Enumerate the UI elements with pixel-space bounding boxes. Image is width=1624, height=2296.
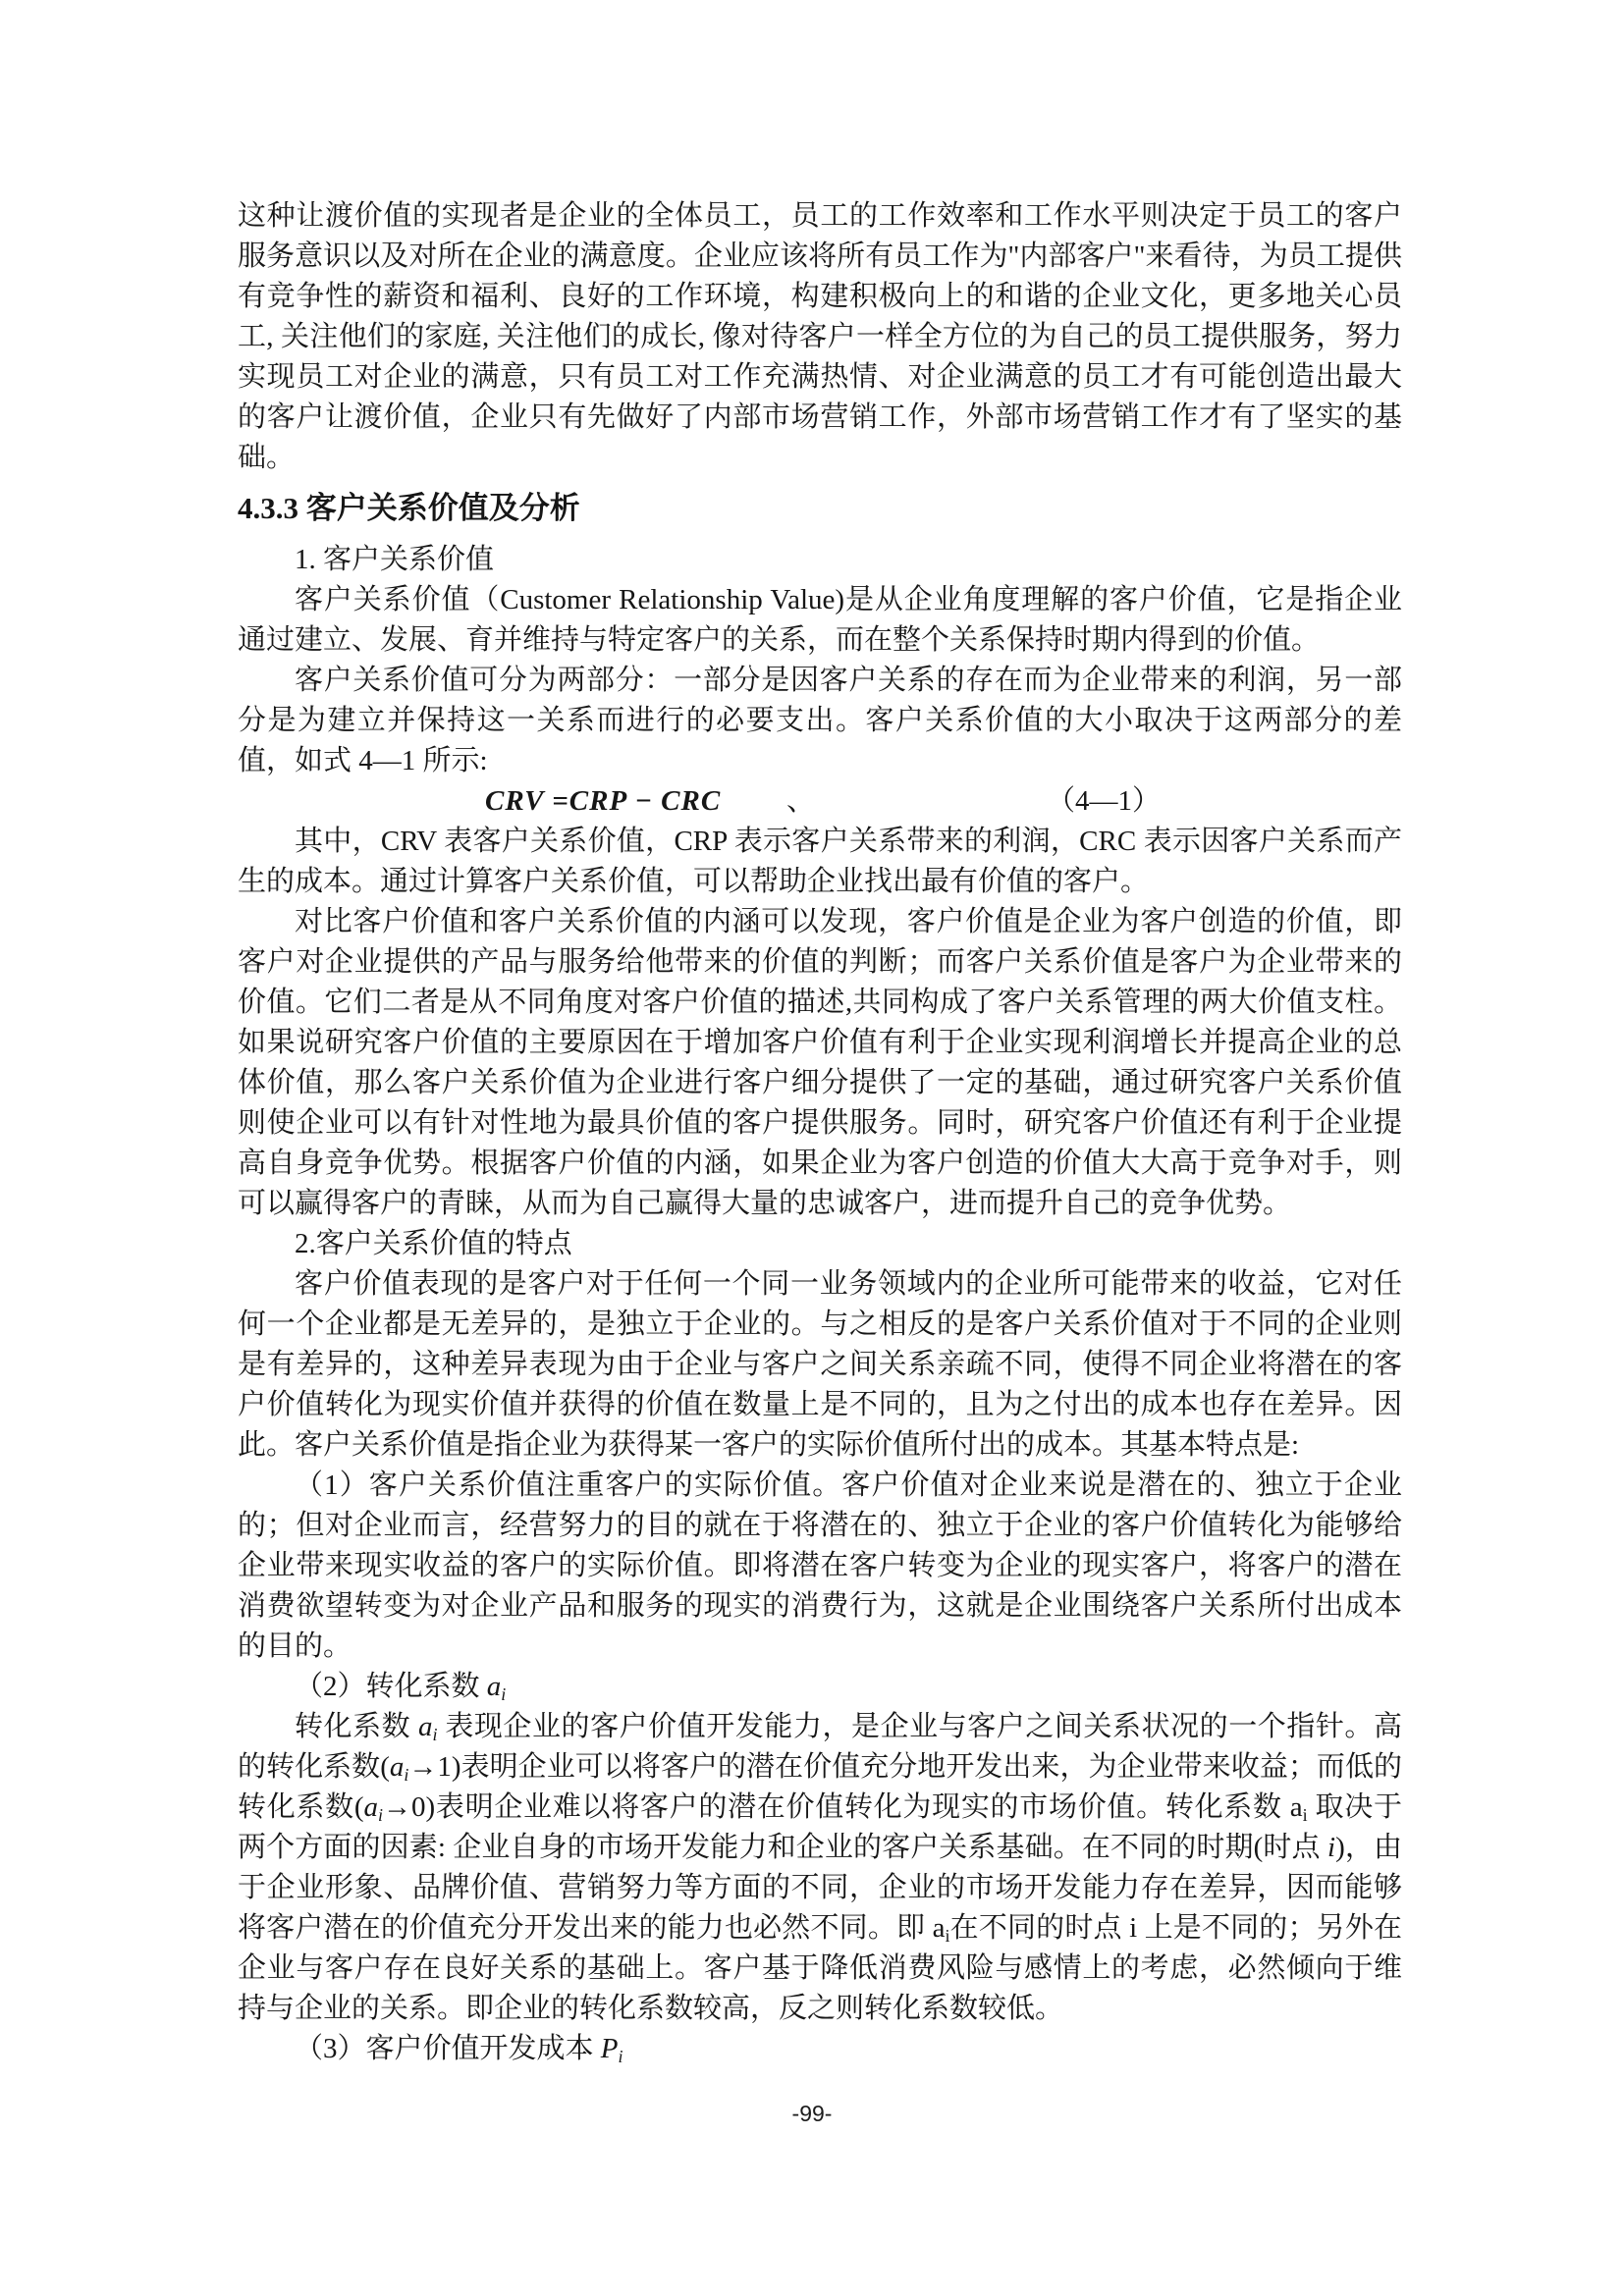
paragraph-features-intro: 客户价值表现的是客户对于任何一个同一业务领域内的企业所可能带来的收益，它对任何一…: [238, 1264, 1402, 1466]
equation-separator: 、: [786, 781, 815, 822]
equation-number: （4—1）: [1047, 781, 1161, 822]
feature-2-title: （2）转化系数 ai: [238, 1667, 1402, 1707]
paragraph-crv-parts: 客户关系价值可分为两部分：一部分是因客户关系的存在而为企业带来的利润，另一部分是…: [238, 661, 1402, 781]
page-number: -99-: [0, 2101, 1624, 2127]
paragraph-formula-note: 其中，CRV 表客户关系价值，CRP 表示客户关系带来的利润，CRC 表示因客户…: [238, 822, 1402, 902]
paragraph-comparison: 对比客户价值和客户关系价值的内涵可以发现，客户价值是企业为客户创造的价值，即客户…: [238, 902, 1402, 1224]
list-item-1-title: 1. 客户关系价值: [238, 540, 1402, 580]
equation-row: CRV =CRP − CRC 、 （4—1）: [238, 781, 1402, 822]
feature-3-title: （3）客户价值开发成本 Pi: [238, 2029, 1402, 2069]
page-content: 这种让渡价值的实现者是企业的全体员工，员工的工作效率和工作水平则决定于员工的客户…: [238, 196, 1402, 2069]
list-item-2-title: 2.客户关系价值的特点: [238, 1224, 1402, 1264]
equation-expression: CRV =CRP − CRC: [485, 781, 721, 822]
paragraph-crv-definition: 客户关系价值（Customer Relationship Value)是从企业角…: [238, 580, 1402, 661]
paragraph-feature-1: （1）客户关系价值注重客户的实际价值。客户价值对企业来说是潜在的、独立于企业的；…: [238, 1466, 1402, 1667]
paragraph-intro: 这种让渡价值的实现者是企业的全体员工，员工的工作效率和工作水平则决定于员工的客户…: [238, 196, 1402, 478]
section-heading: 4.3.3 客户关系价值及分析: [238, 488, 1402, 528]
document-page: 这种让渡价值的实现者是企业的全体员工，员工的工作效率和工作水平则决定于员工的客户…: [0, 0, 1624, 2296]
paragraph-feature-2: 转化系数 ai 表现企业的客户价值开发能力，是企业与客户之间关系状况的一个指针。…: [238, 1707, 1402, 2029]
